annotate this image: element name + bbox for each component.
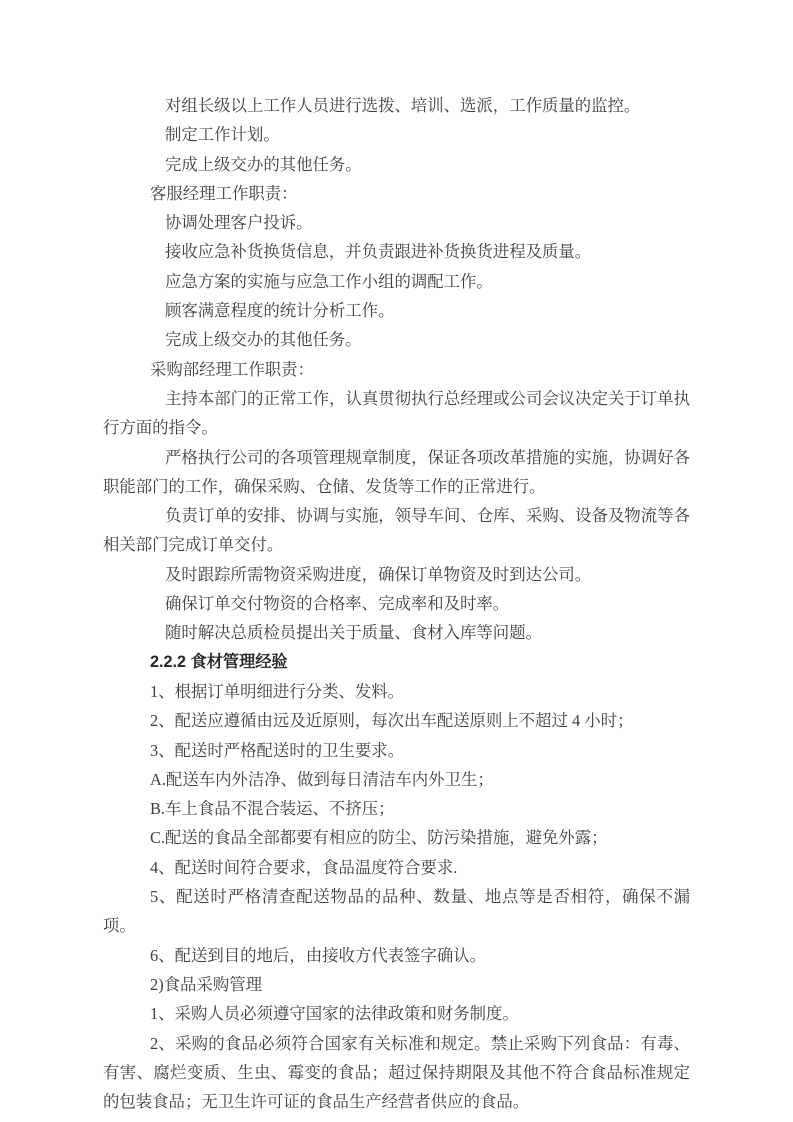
document-content: 对组长级以上工作人员进行选拨、培训、选派，工作质量的监控。制定工作计划。完成上级… <box>103 91 690 1116</box>
paragraph: 确保订单交付物资的合格率、完成率和及时率。 <box>103 589 690 618</box>
paragraph: 6、配送到目的地后，由接收方代表签字确认。 <box>103 941 690 970</box>
paragraph: 采购部经理工作职责： <box>103 355 690 384</box>
document-page: 对组长级以上工作人员进行选拨、培训、选派，工作质量的监控。制定工作计划。完成上级… <box>0 0 793 1122</box>
paragraph: B.车上食品不混合装运、不挤压； <box>103 794 690 823</box>
paragraph: 主持本部门的正常工作，认真贯彻执行总经理或公司会议决定关于订单执行方面的指令。 <box>103 384 690 443</box>
paragraph: 协调处理客户投诉。 <box>103 208 690 237</box>
paragraph: 1、采购人员必须遵守国家的法律政策和财务制度。 <box>103 999 690 1028</box>
paragraph: 对组长级以上工作人员进行选拨、培训、选派，工作质量的监控。 <box>103 91 690 120</box>
paragraph: 完成上级交办的其他任务。 <box>103 325 690 354</box>
paragraph: 负责订单的安排、协调与实施，领导车间、仓库、采购、设备及物流等各相关部门完成订单… <box>103 501 690 560</box>
paragraph: 2、配送应遵循由远及近原则，每次出车配送原则上不超过 4 小时； <box>103 706 690 735</box>
paragraph: 客服经理工作职责： <box>103 179 690 208</box>
section-heading: 2.2.2 食材管理经验 <box>103 648 690 677</box>
paragraph: 制定工作计划。 <box>103 120 690 149</box>
paragraph: 1、根据订单明细进行分类、发料。 <box>103 677 690 706</box>
paragraph: 随时解决总质检员提出关于质量、食材入库等问题。 <box>103 618 690 647</box>
paragraph: 3、配送时严格配送时的卫生要求。 <box>103 736 690 765</box>
paragraph: 4、配送时间符合要求，食品温度符合要求. <box>103 853 690 882</box>
paragraph: 2)食品采购管理 <box>103 970 690 999</box>
paragraph: 及时跟踪所需物资采购进度，确保订单物资及时到达公司。 <box>103 560 690 589</box>
paragraph: 接收应急补货换货信息，并负责跟进补货换货进程及质量。 <box>103 237 690 266</box>
paragraph: 5、配送时严格清查配送物品的品种、数量、地点等是否相符，确保不漏项。 <box>103 882 690 941</box>
paragraph: C.配送的食品全部都要有相应的防尘、防污染措施，避免外露； <box>103 823 690 852</box>
paragraph: 应急方案的实施与应急工作小组的调配工作。 <box>103 267 690 296</box>
paragraph: 顾客满意程度的统计分析工作。 <box>103 296 690 325</box>
paragraph: 2、采购的食品必须符合国家有关标准和规定。禁止采购下列食品：有毒、有害、腐烂变质… <box>103 1029 690 1117</box>
paragraph: 严格执行公司的各项管理规章制度，保证各项改革措施的实施，协调好各职能部门的工作，… <box>103 443 690 502</box>
paragraph: 完成上级交办的其他任务。 <box>103 150 690 179</box>
paragraph: A.配送车内外洁净、做到每日清洁车内外卫生； <box>103 765 690 794</box>
